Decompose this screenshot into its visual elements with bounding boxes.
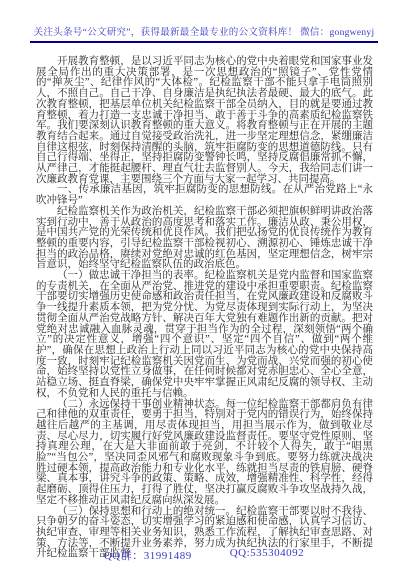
qq-number-text: QQ:535304092 xyxy=(230,547,304,563)
paragraph: 开展教育整顿，是以习近平同志为核心的党中央着眼党和国家事业发展全局作出的重大决策… xyxy=(36,57,373,185)
paragraph: 一、传承廉洁基因，筑牢拒腐防变的思想防线。在从严治党路上“永吹冲锋号” xyxy=(36,185,373,206)
header-promo-text: 关注头条号“公文研究”，获得最新最全最专业的公文资料库！ 微信：gongweny… xyxy=(30,24,379,43)
paragraph: （一）做忠诚干净担当的表率。纪检监察机关是党内监督和国家监察的专责机关，在全面从… xyxy=(36,271,373,399)
qq-group-text: QQ群：31991489 xyxy=(104,547,192,563)
paragraph: （二）永远保持干事创业精神状态。每一位纪检监察干部都肩负有律己和律他的双重责任，… xyxy=(36,400,373,507)
paragraph: 纪检监察机关作为政治机关，纪检监察干部必须把旗帜鲜明讲政治落实到行动中，善于从政… xyxy=(36,207,373,271)
header-banner: 关注头条号“公文研究”，获得最新最全最专业的公文资料库！ 微信：gongweny… xyxy=(0,22,408,43)
footer-banner: QQ群：31991489 QQ:535304092 xyxy=(0,547,408,563)
document-body: 开展教育整顿，是以习近平同志为核心的党中央着眼党和国家事业发展全局作出的重大决策… xyxy=(36,57,373,560)
document-page: 关注头条号“公文研究”，获得最新最全最专业的公文资料库！ 微信：gongweny… xyxy=(0,0,408,580)
